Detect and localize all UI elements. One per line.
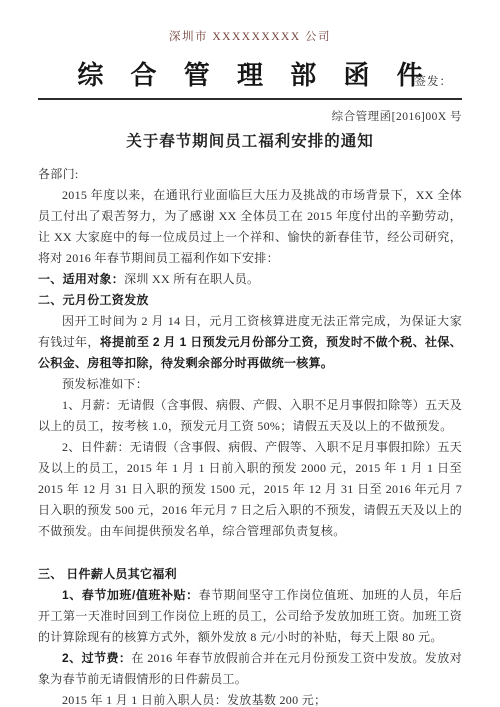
text-segment: 1、月薪：无请假（含事假、病假、产假、入职不足月事假扣除等）五天及以上的员工，按… xyxy=(38,398,462,433)
document-title: 关于春节期间员工福利安排的通知 xyxy=(38,129,462,151)
document-page: 深圳市 XXXXXXXXX 公司 综 合 管 理 部 函 件 签发： 综合管理函… xyxy=(0,0,500,707)
intro-paragraph: 2015 年度以来，在通讯行业面临巨大压力及挑战的市场背景下，XX 全体员工付出… xyxy=(38,185,462,269)
text-segment: 二、元月份工资发放 xyxy=(38,293,149,307)
text-segment: 2015 年度以来，在通讯行业面临巨大压力及挑战的市场背景下，XX 全体员工付出… xyxy=(38,188,462,265)
section-2-heading: 二、元月份工资发放 xyxy=(38,290,462,311)
issuer-label: 签发： xyxy=(415,73,453,89)
text-segment: 将提前至 2 月 1 日预发元月份部分工资，预发时不做个税、社保、公积金、房租等… xyxy=(38,335,462,370)
text-segment: 2015 年 1 月 1 日前入职人员：发放基数 200 元； xyxy=(62,693,326,707)
section-3-heading: 三、 日件薪人员其它福利 xyxy=(38,564,462,585)
festival-fee-base: 2015 年 1 月 1 日前入职人员：发放基数 200 元； xyxy=(38,690,462,707)
text-segment: 一、适用对象： xyxy=(38,272,124,286)
advance-item-2-daily: 2、日件薪：无请假（含事假、病假、产假等、入职不足月事假扣除）五天及以上的员工，… xyxy=(38,437,462,542)
text-segment: 2、过节费： xyxy=(62,651,131,665)
document-number: 综合管理函[2016]00X 号 xyxy=(38,108,462,124)
salutation: 各部门: xyxy=(38,164,462,185)
text-segment: 各部门: xyxy=(38,167,79,181)
letterhead-title: 综 合 管 理 部 函 件 xyxy=(77,55,432,92)
text-segment: 1、春节加班/值班补贴： xyxy=(62,588,199,602)
text-segment: 2、日件薪：无请假（含事假、病假、产假等、入职不足月事假扣除）五天及以上的员工，… xyxy=(38,440,462,538)
text-segment: 三、 日件薪人员其它福利 xyxy=(38,567,177,581)
text-segment: 深圳 XX 所有在职人员。 xyxy=(124,272,259,286)
company-name: 深圳市 XXXXXXXXX 公司 xyxy=(38,28,462,44)
advance-standard-intro: 预发标准如下： xyxy=(38,374,462,395)
letterhead-divider xyxy=(38,98,462,100)
text-segment: 预发标准如下： xyxy=(62,377,148,391)
section-2-paragraph: 因开工时间为 2 月 14 日，元月工资核算进度无法正常完成，为保证大家有钱过年… xyxy=(38,311,462,374)
benefit-item-1-overtime: 1、春节加班/值班补贴：春节期间坚守工作岗位值班、加班的人员，年后开工第一天准时… xyxy=(38,585,462,648)
document-body: 各部门:2015 年度以来，在通讯行业面临巨大压力及挑战的市场背景下，XX 全体… xyxy=(38,164,462,707)
letterhead: 综 合 管 理 部 函 件 签发： xyxy=(38,55,462,92)
benefit-item-2-festival-fee: 2、过节费：在 2016 年春节放假前合并在元月份预发工资中发放。发放对象为春节… xyxy=(38,648,462,690)
advance-item-1-monthly: 1、月薪：无请假（含事假、病假、产假、入职不足月事假扣除等）五天及以上的员工，按… xyxy=(38,395,462,437)
section-1-applicable: 一、适用对象：深圳 XX 所有在职人员。 xyxy=(38,269,462,290)
